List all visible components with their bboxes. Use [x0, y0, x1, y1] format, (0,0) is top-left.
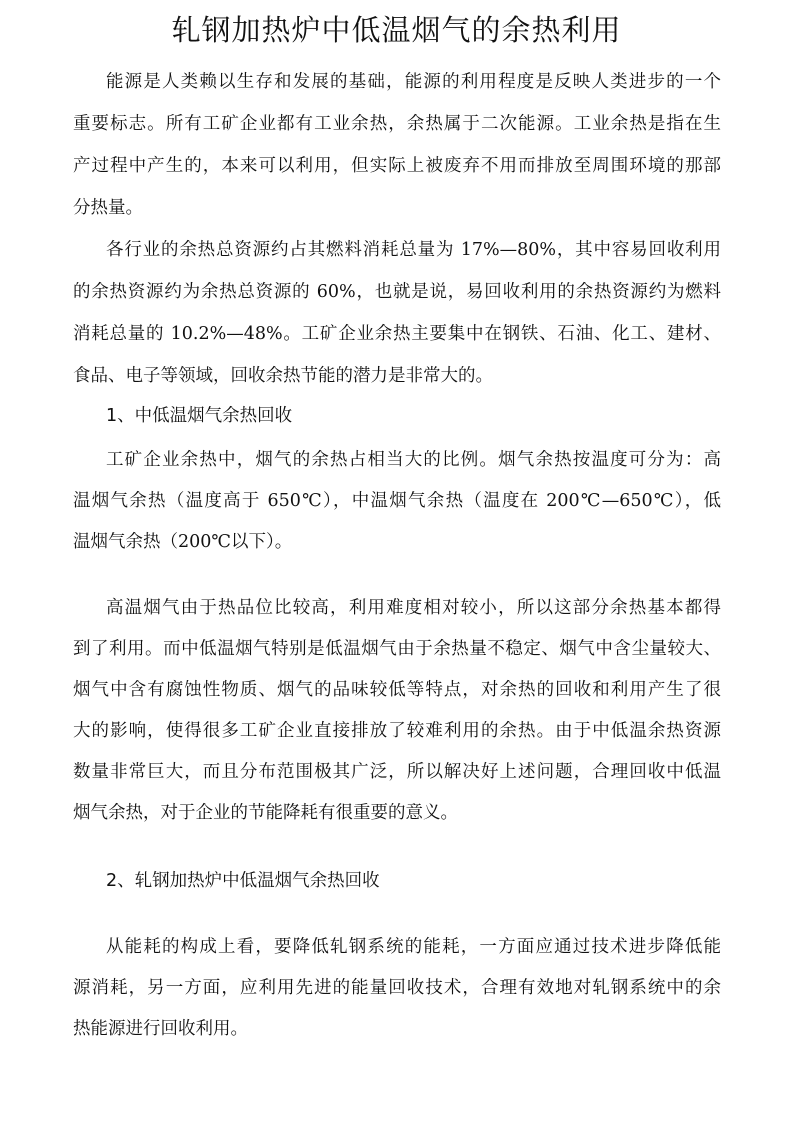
text-line: 数量非常巨大，而且分布范围极其广泛，所以解决好上述问题，合理回收中低温	[73, 760, 721, 784]
text-line: 从能耗的构成上看，要降低轧钢系统的能耗，一方面应通过技术进步降低能	[106, 935, 721, 959]
text-line: 分热量。	[73, 196, 721, 220]
text-line: 热能源进行回收利用。	[73, 1017, 721, 1041]
text-line: 烟气中含有腐蚀性物质、烟气的品味较低等特点，对余热的回收和利用产生了很	[73, 678, 721, 702]
text-line: 重要标志。所有工矿企业都有工业余热，余热属于二次能源。工业余热是指在生	[73, 112, 721, 136]
document-title: 轧钢加热炉中低温烟气的余热利用	[0, 10, 793, 50]
text-line: 的余热资源约为余热总资源的 60%，也就是说，易回收利用的余热资源约为燃料	[73, 280, 721, 304]
section-heading-1: 1、中低温烟气余热回收	[106, 404, 292, 428]
text-line: 源消耗，另一方面，应利用先进的能量回收技术，合理有效地对轧钢系统中的余	[73, 976, 721, 1000]
text-line: 消耗总量的 10.2%—48%。工矿企业余热主要集中在钢铁、石油、化工、建材、	[73, 322, 721, 346]
text-line: 到了利用。而中低温烟气特别是低温烟气由于余热量不稳定、烟气中含尘量较大、	[73, 637, 721, 661]
text-line: 大的影响，使得很多工矿企业直接排放了较难利用的余热。由于中低温余热资源	[73, 719, 721, 743]
text-line: 能源是人类赖以生存和发展的基础，能源的利用程度是反映人类进步的一个	[106, 70, 721, 94]
text-line: 工矿企业余热中，烟气的余热占相当大的比例。烟气余热按温度可分为：高	[106, 448, 721, 472]
text-line: 各行业的余热总资源约占其燃料消耗总量为 17%—80%，其中容易回收利用	[106, 238, 721, 262]
section-heading-2: 2、轧钢加热炉中低温烟气余热回收	[106, 869, 380, 893]
text-line: 温烟气余热（温度高于 650℃），中温烟气余热（温度在 200℃—650℃），低	[73, 489, 721, 513]
text-line: 食品、电子等领域，回收余热节能的潜力是非常大的。	[73, 364, 721, 388]
text-line: 高温烟气由于热品位比较高，利用难度相对较小，所以这部分余热基本都得	[106, 596, 721, 620]
text-line: 温烟气余热（200℃以下）。	[73, 530, 721, 554]
text-line: 产过程中产生的，本来可以利用，但实际上被废弃不用而排放至周围环境的那部	[73, 154, 721, 178]
text-line: 烟气余热，对于企业的节能降耗有很重要的意义。	[73, 801, 721, 825]
